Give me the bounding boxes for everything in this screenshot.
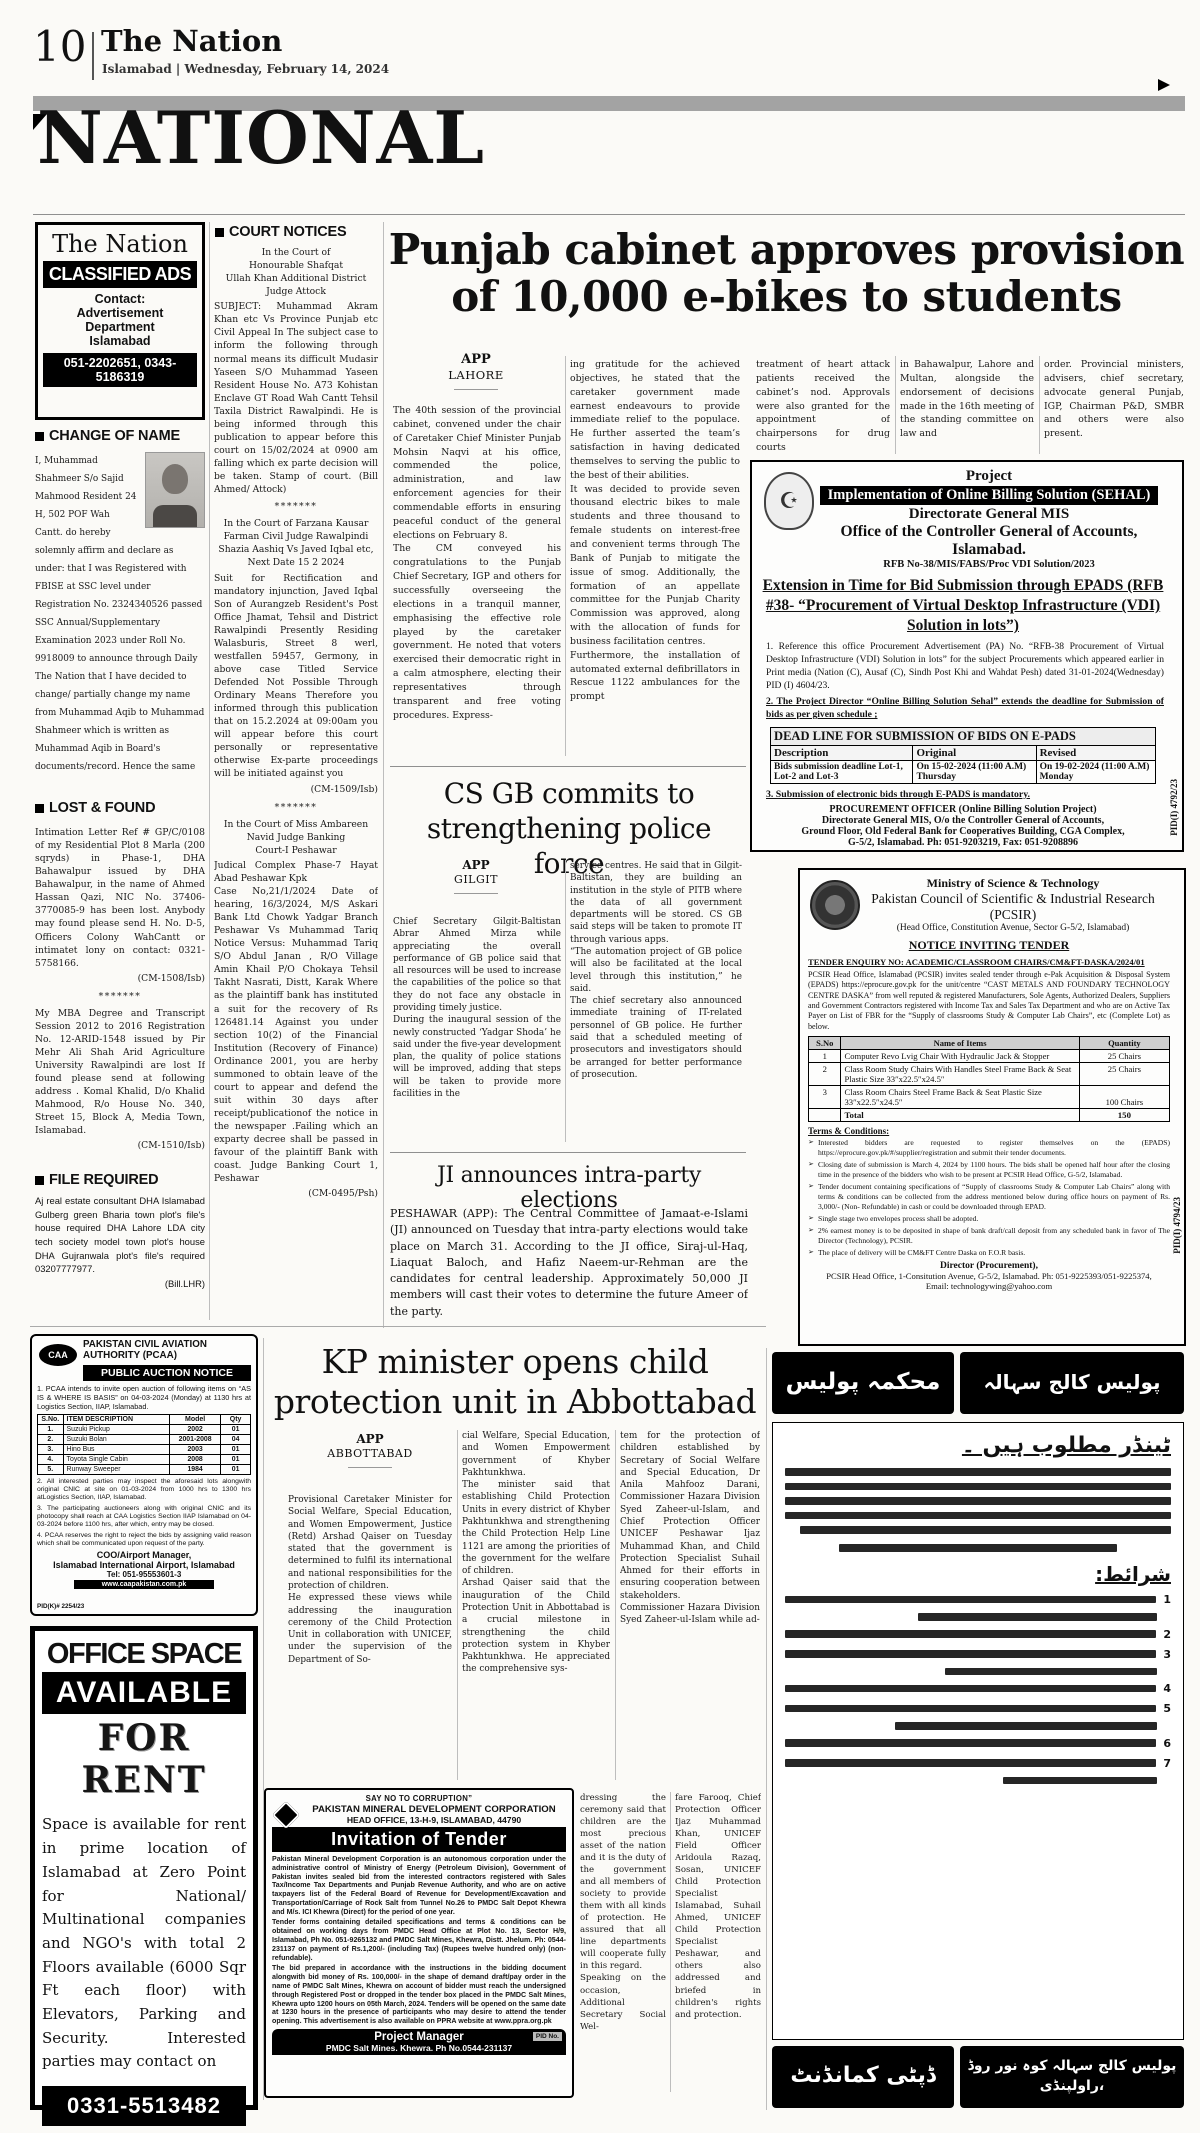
court-notice-intro: In the Court of Farzana Kausar Farman Ci…	[214, 517, 378, 569]
csgb-col2: service centres. He said that in Gilgit-…	[570, 860, 742, 1142]
urdu-text-line	[785, 1759, 1156, 1767]
table-cell: 5.	[38, 1464, 64, 1474]
col-header: Original	[913, 745, 1036, 760]
office-space-ad: OFFICE SPACE AVAILABLE FOR RENT Space is…	[30, 1626, 258, 2110]
urdu-term-item: 3	[785, 1648, 1171, 1661]
byline-rule	[454, 389, 498, 390]
table-cell: 25 Chairs	[1079, 1050, 1169, 1063]
urdu-text-line	[800, 1526, 1171, 1534]
urdu-ad-header-left: محکمہ پولیس پنجاب	[772, 1352, 954, 1414]
table-cell: 2.	[38, 1434, 64, 1444]
table-cell: Runway Sweeper	[63, 1464, 170, 1474]
table-cell: 1.	[38, 1424, 64, 1434]
urdu-term-item: 5	[785, 1702, 1171, 1715]
urdu-text-line	[785, 1705, 1156, 1713]
pmdc-office: HEAD OFFICE, 13-H-9, ISLAMABAD, 44790	[302, 1815, 566, 1825]
byline-city: GILGIT	[393, 873, 559, 886]
term-number: 3	[1163, 1648, 1171, 1661]
paper-name: The Nation	[101, 26, 282, 58]
col-header: Description	[771, 745, 913, 760]
lead-article-col4: in Bahawalpur, Lahore and Multan, alongs…	[900, 358, 1034, 454]
pcaa-para2: 2. All interested parties may inspect th…	[37, 1478, 251, 1503]
table-title: DEAD LINE FOR SUBMISSION OF BIDS ON E-PA…	[771, 727, 1156, 745]
masthead-divider	[92, 32, 94, 80]
pcaa-items-table: S.No. ITEM DESCRIPTION Model Qty 1.Suzuk…	[37, 1414, 251, 1475]
urdu-text-line	[785, 1468, 1171, 1476]
section-title: NATIONAL	[37, 102, 485, 174]
classified-paper-name: The Nation	[43, 231, 197, 257]
table-cell: 2003	[170, 1444, 221, 1454]
pmdc-para3: The bid prepared in accordance with the …	[272, 1964, 566, 2025]
pcaa-tel: Tel: 051-95553601-3	[37, 1570, 251, 1579]
table-cell: 04	[221, 1434, 251, 1444]
court-notice-body: Judical Complex Phase-7 Hayat Abad Pesha…	[214, 859, 378, 1186]
kp-col4: dressing the ceremony said that children…	[580, 1792, 666, 2092]
term-number: 6	[1163, 1737, 1171, 1750]
urdu-term-item: 6	[785, 1737, 1171, 1750]
byline-agency: APP	[393, 352, 559, 367]
pcsir-term: Tender document containing specification…	[808, 1182, 1170, 1212]
sehal-rfb: RFB No-38/MIS/FABS/Proc VDI Solution/202…	[814, 559, 1164, 570]
court-notice-body: SUBJECT: Muhammad Akram Khan etc Vs Prov…	[214, 300, 378, 496]
sehal-footer2: Directorate General MIS, O/o the Control…	[762, 815, 1164, 826]
masthead-rule	[33, 214, 1185, 215]
pcaa-para3: 3. The participating auctioneers along w…	[37, 1505, 251, 1530]
pcsir-seal-icon	[810, 880, 860, 930]
change-of-name-heading: CHANGE OF NAME	[35, 428, 205, 444]
notice-ref: (CM-1509/Isb)	[214, 783, 378, 796]
pmdc-para1: Pakistan Mineral Development Corporation…	[272, 1855, 566, 1916]
pmdc-pid: PID No.	[533, 2032, 562, 2041]
pcsir-intro: PCSIR Head Office, Islamabad (PCSIR) inv…	[808, 970, 1170, 1032]
term-number: 7	[1163, 1757, 1171, 1770]
pcaa-authority: PAKISTAN CIVIL AVIATION AUTHORITY (PCAA)	[83, 1340, 251, 1362]
caa-logo: CAA	[39, 1344, 77, 1366]
table-cell: 3	[809, 1086, 841, 1109]
notice-ref: (CM-1508/Isb)	[35, 972, 205, 985]
col-header: ITEM DESCRIPTION	[63, 1414, 170, 1424]
pakistan-emblem-icon: ☪	[764, 472, 814, 530]
term-number: 4	[1163, 1682, 1171, 1695]
table-cell: Computer Revo Lvig Chair With Hydraulic …	[841, 1050, 1079, 1063]
pcsir-terms-heading: Terms & Conditions:	[808, 1126, 1170, 1136]
court-notices-heading: COURT NOTICES	[215, 224, 379, 240]
table-cell: 2001-2008	[170, 1434, 221, 1444]
pcaa-title: PUBLIC AUCTION NOTICE	[83, 1365, 251, 1381]
classified-ad-box: The Nation CLASSIFIED ADS Contact: Adver…	[35, 222, 205, 420]
notice-ref: (CM-0495/Psh)	[214, 1187, 378, 1200]
table-cell: 4.	[38, 1454, 64, 1464]
heading-label: COURT NOTICES	[229, 224, 346, 240]
kp-headline-line2: protection unit in Abbottabad	[268, 1382, 762, 1422]
urdu-terms-heading: شرائط:	[785, 1562, 1171, 1586]
column-rule	[766, 1348, 767, 2110]
pmdc-para2: Tender forms containing detailed specifi…	[272, 1918, 566, 1962]
urdu-ad-header-right: پولیس کالج سہالہ ،راولپنڈی	[960, 1352, 1184, 1414]
office-ad-body: Space is available for rent in prime loc…	[42, 1813, 246, 2074]
sehal-deadline-table: DEAD LINE FOR SUBMISSION OF BIDS ON E-PA…	[770, 727, 1156, 784]
change-of-name-body: I, Muhammad Shahmeer S/o Sajid Mahmood R…	[35, 450, 205, 778]
pcaa-para4: 4. PCAA reserves the right to reject the…	[37, 1532, 251, 1549]
csgb-col1: Chief Secretary Gilgit-Baltistan Abrar A…	[393, 916, 561, 1142]
notice-separator: *******	[214, 801, 378, 814]
classified-contact-label: Contact:	[43, 292, 197, 306]
pcsir-address: PCSIR Head Office, 1-Consitution Avenue,…	[808, 1271, 1170, 1281]
court-notice-intro: In the Court of Honourable Shafqat Ullah…	[214, 246, 378, 298]
classified-dept: Advertisement Department	[43, 306, 197, 334]
table-cell: Toyota Single Cabin	[63, 1454, 170, 1464]
sehal-tender-box: ☪ Project Implementation of Online Billi…	[750, 460, 1184, 852]
kp-col3: tem for the protection of children estab…	[620, 1430, 760, 1780]
urdu-text-line	[839, 1544, 1117, 1553]
pcsir-ministry: Ministry of Science & Technology	[856, 876, 1170, 891]
office-ad-line3: FOR RENT	[42, 1717, 246, 1801]
section-rule	[30, 1326, 766, 1327]
sehal-footer4: G-5/2, Islamabad. Ph: 051-9203219, Fax: …	[762, 837, 1164, 848]
column-rule	[383, 222, 384, 1328]
col-header: Name of Items	[841, 1037, 1079, 1050]
pmdc-tender-box: SAY NO TO CORRUPTION” PAKISTAN MINERAL D…	[264, 1788, 574, 2098]
urdu-text-line	[785, 1596, 1156, 1604]
notice-ref: (Bill.LHR)	[35, 1278, 205, 1289]
sehal-heading: Extension in Time for Bid Submission thr…	[762, 576, 1164, 636]
pcsir-email: Email: technologywing@yahoo.com	[808, 1281, 1170, 1291]
pmdc-signature2: PMDC Salt Mines. Khewra. Ph No.0544-2311…	[276, 2043, 562, 2053]
urdu-text-line	[945, 1668, 1157, 1676]
table-cell: Class Room Study Chairs With Handles Ste…	[841, 1063, 1079, 1086]
column-rule	[615, 1430, 616, 1780]
pcsir-notice-title: NOTICE INVITING TENDER	[808, 938, 1170, 953]
table-cell: Bids submission deadline Lot-1, Lot-2 an…	[771, 760, 913, 783]
kp-headline-line1: KP minister opens child	[268, 1342, 762, 1382]
table-cell: 1984	[170, 1464, 221, 1474]
classified-title: CLASSIFIED ADS	[43, 261, 197, 288]
pmdc-logo	[272, 1800, 300, 1828]
byline-city: ABBOTTABAD	[286, 1447, 454, 1460]
notice-separator: *******	[35, 990, 205, 1003]
lost-found-notice: My MBA Degree and Transcript Session 201…	[35, 1007, 205, 1138]
table-cell: 1	[809, 1050, 841, 1063]
article-rule	[390, 766, 746, 767]
pcsir-term: 2% earnest money is to be deposited in s…	[808, 1226, 1170, 1246]
column-rule	[670, 1792, 671, 2092]
file-required-text: Aj real estate consultant DHA Islamabad …	[35, 1194, 205, 1276]
newspaper-page: 10 The Nation Islamabad | Wednesday, Feb…	[0, 0, 1200, 2133]
table-cell: 01	[221, 1464, 251, 1474]
urdu-term-item: 7	[785, 1757, 1171, 1770]
sehal-org2: Office of the Controller General of Acco…	[814, 523, 1164, 559]
table-cell: 01	[221, 1444, 251, 1454]
classified-phones: 051-2202651, 0343-5186319	[43, 353, 197, 387]
urdu-term-item: 2	[785, 1628, 1171, 1641]
urdu-term-item: 4	[785, 1682, 1171, 1695]
urdu-text-line	[785, 1512, 1171, 1520]
kp-col1: Provisional Caretaker Minister for Socia…	[288, 1494, 452, 1780]
col-header: Revised	[1036, 745, 1155, 760]
urdu-text-line	[785, 1739, 1156, 1747]
pcsir-notice-box: Ministry of Science & Technology Pakista…	[798, 868, 1186, 1346]
column-rule	[1039, 356, 1040, 454]
col-header: Quantity	[1079, 1037, 1169, 1050]
kp-col2: cial Welfare, Special Education, and Wom…	[462, 1430, 610, 1780]
table-cell: Suzuki Bolan	[63, 1434, 170, 1444]
portrait-photo	[145, 452, 205, 528]
column-rule	[565, 860, 566, 1142]
urdu-ad-footer-right: پولیس کالج سہالہ کوہ نور روڈ ،راولپنڈی	[960, 2046, 1184, 2108]
sehal-pid: PID(I) 4792/23	[1169, 779, 1179, 836]
pcsir-head-office: (Head Office, Constitution Avenue, Secto…	[856, 923, 1170, 933]
urdu-text-line	[918, 1613, 1157, 1621]
col-header: S.No.	[38, 1414, 64, 1424]
lead-article-col2: ing gratitude for the achieved objective…	[570, 358, 740, 756]
heading-label: FILE REQUIRED	[49, 1172, 158, 1188]
pcsir-items-table: S.No Name of Items Quantity 1 Computer R…	[808, 1036, 1170, 1122]
pcsir-signature: Director (Procurement),	[808, 1261, 1170, 1271]
table-cell: 100 Chairs	[1079, 1086, 1169, 1109]
urdu-text-line	[895, 1722, 1157, 1730]
sehal-org1: Directorate General MIS	[814, 506, 1164, 523]
table-cell: 2002	[170, 1424, 221, 1434]
office-ad-line1: OFFICE SPACE	[42, 1639, 246, 1669]
byline-city: LAHORE	[393, 368, 559, 382]
csgb-headline-line1: CS GB commits to	[388, 776, 750, 811]
urdu-text-line	[785, 1685, 1156, 1693]
kp-byline: APP ABBOTTABAD	[286, 1432, 454, 1468]
pcaa-website: www.caapakistan.com.pk	[74, 1580, 213, 1589]
notice-ref: (CM-1510/Isb)	[35, 1139, 205, 1152]
table-cell: 25 Chairs	[1079, 1063, 1169, 1086]
table-cell: Class Room Chairs Steel Frame Back & Sea…	[841, 1086, 1079, 1109]
pcaa-signature2: Islamabad International Airport, Islamab…	[37, 1560, 251, 1570]
classified-city: Islamabad	[43, 334, 197, 348]
table-cell: 2008	[170, 1454, 221, 1464]
lost-found-notice: Intimation Letter Ref # GP/C/0108 of my …	[35, 826, 205, 970]
lead-headline-line1: Punjab cabinet approves provision	[388, 226, 1185, 273]
term-number: 2	[1163, 1628, 1171, 1641]
byline-rule	[454, 893, 498, 894]
lead-article-col1: The 40th session of the provincial cabin…	[393, 404, 561, 756]
lost-found-heading: LOST & FOUND	[35, 800, 205, 816]
byline-rule	[348, 1467, 392, 1468]
term-number: 5	[1163, 1702, 1171, 1715]
table-cell: 01	[221, 1424, 251, 1434]
table-cell: On 15-02-2024 (11:00 A.M) Thursday	[913, 760, 1036, 783]
notice-separator: *******	[214, 500, 378, 513]
urdu-ad-footer-left: ڈپٹی کمانڈنٹ	[772, 2046, 954, 2108]
table-cell: On 19-02-2024 (11:00 A.M) Monday	[1036, 760, 1155, 783]
sehal-project-label: Project	[814, 468, 1164, 485]
pcsir-term: Single stage two envelopes process shall…	[808, 1214, 1170, 1224]
sehal-para3: 3. Submission of electronic bids through…	[762, 789, 1164, 800]
csgb-byline: APP GILGIT	[393, 858, 559, 894]
office-ad-phone: 0331-5513482	[42, 2086, 246, 2126]
pmdc-slogan: SAY NO TO CORRUPTION”	[272, 1794, 566, 1803]
pmdc-title: Invitation of Tender	[272, 1827, 566, 1852]
file-required-heading: FILE REQUIRED	[35, 1172, 205, 1188]
urdu-text-line	[785, 1497, 1171, 1505]
pcaa-signature1: COO/Airport Manager,	[37, 1550, 251, 1560]
lead-headline-line2: of 10,000 e-bikes to students	[388, 273, 1185, 320]
urdu-term-item: 1	[785, 1593, 1171, 1606]
square-bullet-icon	[35, 432, 44, 441]
square-bullet-icon	[215, 228, 224, 237]
byline-agency: APP	[393, 858, 559, 872]
corner-arrow-icon	[1158, 79, 1170, 91]
column-rule	[457, 1430, 458, 1780]
col-header: Model	[170, 1414, 221, 1424]
lead-byline: APP LAHORE	[393, 352, 559, 390]
heading-label: LOST & FOUND	[49, 800, 155, 816]
urdu-text-line	[785, 1650, 1156, 1658]
court-notices-column: In the Court of Honourable Shafqat Ullah…	[214, 246, 378, 1314]
kp-headline: KP minister opens child protection unit …	[268, 1342, 762, 1421]
pcsir-council: Pakistan Council of Scientific & Industr…	[856, 891, 1170, 923]
pmdc-signature1: Project Manager	[276, 2031, 562, 2043]
kp-col5: fare Farooq, Chief Protection Officer Ij…	[675, 1792, 761, 2092]
sehal-para1: 1. Reference this office Procurement Adv…	[762, 641, 1164, 692]
pcsir-term: Closing date of submission is March 4, 2…	[808, 1160, 1170, 1180]
column-rule	[565, 356, 566, 756]
table-cell: 150	[1079, 1109, 1169, 1122]
column-rule	[895, 356, 896, 454]
urdu-text-line	[785, 1630, 1156, 1638]
col-header: Qty	[221, 1414, 251, 1424]
page-number: 10	[33, 26, 86, 68]
sehal-title: Implementation of Online Billing Solutio…	[820, 486, 1159, 505]
table-cell: Suzuki Pickup	[63, 1424, 170, 1434]
ji-body: PESHAWAR (APP): The Central Committee of…	[390, 1206, 748, 1326]
file-required-body: Aj real estate consultant DHA Islamabad …	[35, 1194, 205, 1316]
table-cell	[809, 1109, 841, 1122]
dateline: Islamabad | Wednesday, February 14, 2024	[102, 62, 389, 76]
office-ad-line2: AVAILABLE	[42, 1672, 246, 1714]
urdu-text-line	[1003, 1777, 1157, 1785]
urdu-ad-body-box: ٹینڈر مطلوب ہیں ۔ شرائط: 1 2 3 4 5 6 7	[772, 1422, 1184, 2040]
court-notice-intro: In the Court of Miss Ambareen Navid Judg…	[214, 818, 378, 857]
sehal-para2: 2. The Project Director “Online Billing …	[762, 696, 1164, 722]
lead-article-col3: treatment of heart attack patients recei…	[756, 358, 890, 454]
table-cell: Total	[841, 1109, 1079, 1122]
heading-label: CHANGE OF NAME	[49, 428, 180, 444]
sehal-footer1: PROCUREMENT OFFICER (Online Billing Solu…	[762, 804, 1164, 815]
pcaa-para1: 1. PCAA intends to invite open auction o…	[37, 1384, 251, 1411]
lost-found-body: Intimation Letter Ref # GP/C/0108 of my …	[35, 824, 205, 1168]
table-cell: 2	[809, 1063, 841, 1086]
col-header: S.No	[809, 1037, 841, 1050]
pcaa-auction-box: CAA PAKISTAN CIVIL AVIATION AUTHORITY (P…	[30, 1334, 258, 1616]
urdu-tender-heading: ٹینڈر مطلوب ہیں ۔	[785, 1433, 1171, 1458]
term-number: 1	[1163, 1593, 1171, 1606]
lead-article-col5: order. Provincial ministers, advisers, c…	[1044, 358, 1184, 454]
column-rule	[209, 222, 210, 1320]
square-bullet-icon	[35, 1176, 44, 1185]
byline-agency: APP	[286, 1432, 454, 1446]
table-cell: Hino Bus	[63, 1444, 170, 1454]
pcsir-term: The place of delivery will be CM&FT Cent…	[808, 1248, 1170, 1258]
pcsir-pid: PID(I) 4794/23	[1172, 1197, 1182, 1254]
lead-headline: Punjab cabinet approves provision of 10,…	[388, 226, 1185, 320]
pcaa-pid: PID(K)# 2254/23	[37, 1603, 84, 1610]
pmdc-org: PAKISTAN MINERAL DEVELOPMENT CORPORATION	[302, 1804, 566, 1815]
sehal-footer3: Ground Floor, Old Federal Bank for Coope…	[762, 826, 1164, 837]
table-cell: 01	[221, 1454, 251, 1464]
pcsir-term: Interested bidders are requested to regi…	[808, 1138, 1170, 1158]
table-cell: 3.	[38, 1444, 64, 1454]
pcsir-enquiry: TENDER ENQUIRY NO: ACADEMIC/CLASSROOM CH…	[808, 957, 1170, 967]
urdu-text-line	[785, 1483, 1171, 1491]
square-bullet-icon	[35, 804, 44, 813]
court-notice-body: Suit for Rectification and mandatory inj…	[214, 572, 378, 781]
article-rule	[390, 1152, 746, 1153]
